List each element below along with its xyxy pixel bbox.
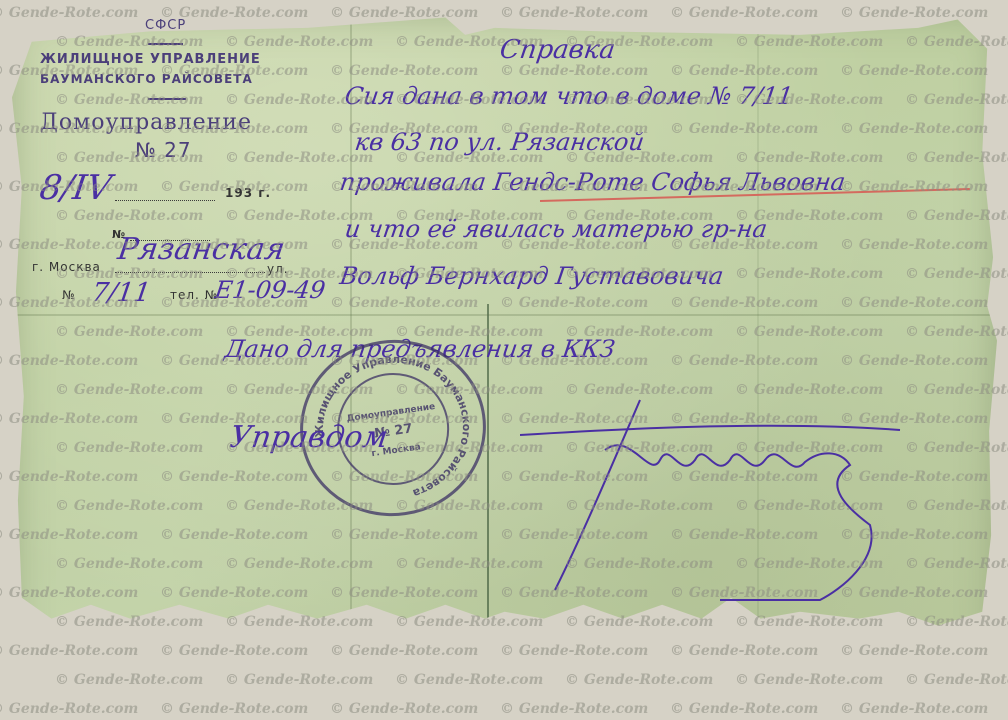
year-printed: 193 г. — [225, 186, 271, 200]
letterhead-divider — [148, 98, 186, 100]
watermark-text: © Gende-Rote.com — [735, 672, 883, 688]
body-line-3: проживала Гендс-Роте Софья Львовна — [338, 168, 847, 196]
watermark-text: © Gende-Rote.com — [500, 643, 648, 659]
city-label: г. Москва — [32, 260, 101, 274]
date-handwritten: 8/IV — [37, 168, 114, 208]
letterhead-district-council: БАУМАНСКОГО РАЙСОВЕТА — [40, 72, 253, 86]
watermark-text: © Gende-Rote.com — [840, 701, 988, 717]
watermark-text: © Gende-Rote.com — [160, 701, 308, 717]
house-no-handwritten: 7/11 — [90, 278, 153, 308]
street-handwritten: Рязанская — [116, 232, 287, 267]
phone-handwritten: Е1-09-49 — [213, 276, 327, 304]
house-no-label: № — [62, 288, 75, 302]
watermark-text: © Gende-Rote.com — [905, 672, 1008, 688]
watermark-text: © Gende-Rote.com — [670, 643, 818, 659]
watermark-text: © Gende-Rote.com — [500, 5, 648, 21]
watermark-text: © Gende-Rote.com — [670, 5, 818, 21]
phone-label: тел. № — [170, 288, 218, 302]
certificate-title: Справка — [498, 35, 617, 65]
street-label: ул. — [267, 262, 289, 276]
body-line-4: и что её явилась матерью гр-на — [343, 215, 769, 243]
watermark-text: © Gende-Rote.com — [565, 672, 713, 688]
watermark-text: © Gende-Rote.com — [670, 701, 818, 717]
watermark-text: © Gende-Rote.com — [330, 643, 478, 659]
letterhead-divider — [148, 43, 183, 45]
street-rule — [115, 272, 265, 273]
letterhead-house-management: Домоуправление — [40, 110, 252, 135]
watermark-text: © Gende-Rote.com — [160, 643, 308, 659]
signature-scribble — [520, 390, 910, 620]
fold-tear — [487, 304, 489, 709]
letterhead-rsfsr: СФСР — [145, 18, 186, 33]
body-line-1: Сия дана в том что в доме № 7/11 — [343, 82, 795, 110]
watermark-text: © Gende-Rote.com — [0, 5, 138, 21]
watermark-text: © Gende-Rote.com — [330, 5, 478, 21]
signature-label: Управдом — [228, 420, 390, 455]
body-line-2: кв 63 по ул. Рязанской — [353, 128, 646, 156]
letterhead-number: № 27 — [135, 138, 192, 162]
watermark-text: © Gende-Rote.com — [330, 701, 478, 717]
body-line-5: Вольф Бернхард Густавовича — [338, 262, 725, 290]
watermark-text: © Gende-Rote.com — [395, 672, 543, 688]
letterhead-housing-dept: ЖИЛИЩНОЕ УПРАВЛЕНИЕ — [40, 52, 261, 67]
watermark-text: © Gende-Rote.com — [500, 701, 648, 717]
watermark-text: © Gende-Rote.com — [840, 5, 988, 21]
watermark-text: © Gende-Rote.com — [55, 672, 203, 688]
date-rule — [115, 200, 215, 201]
watermark-text: © Gende-Rote.com — [840, 643, 988, 659]
fold-crease — [12, 314, 997, 316]
watermark-text: © Gende-Rote.com — [0, 701, 138, 717]
watermark-text: © Gende-Rote.com — [225, 614, 373, 630]
watermark-text: © Gende-Rote.com — [0, 643, 138, 659]
watermark-text: © Gende-Rote.com — [225, 672, 373, 688]
